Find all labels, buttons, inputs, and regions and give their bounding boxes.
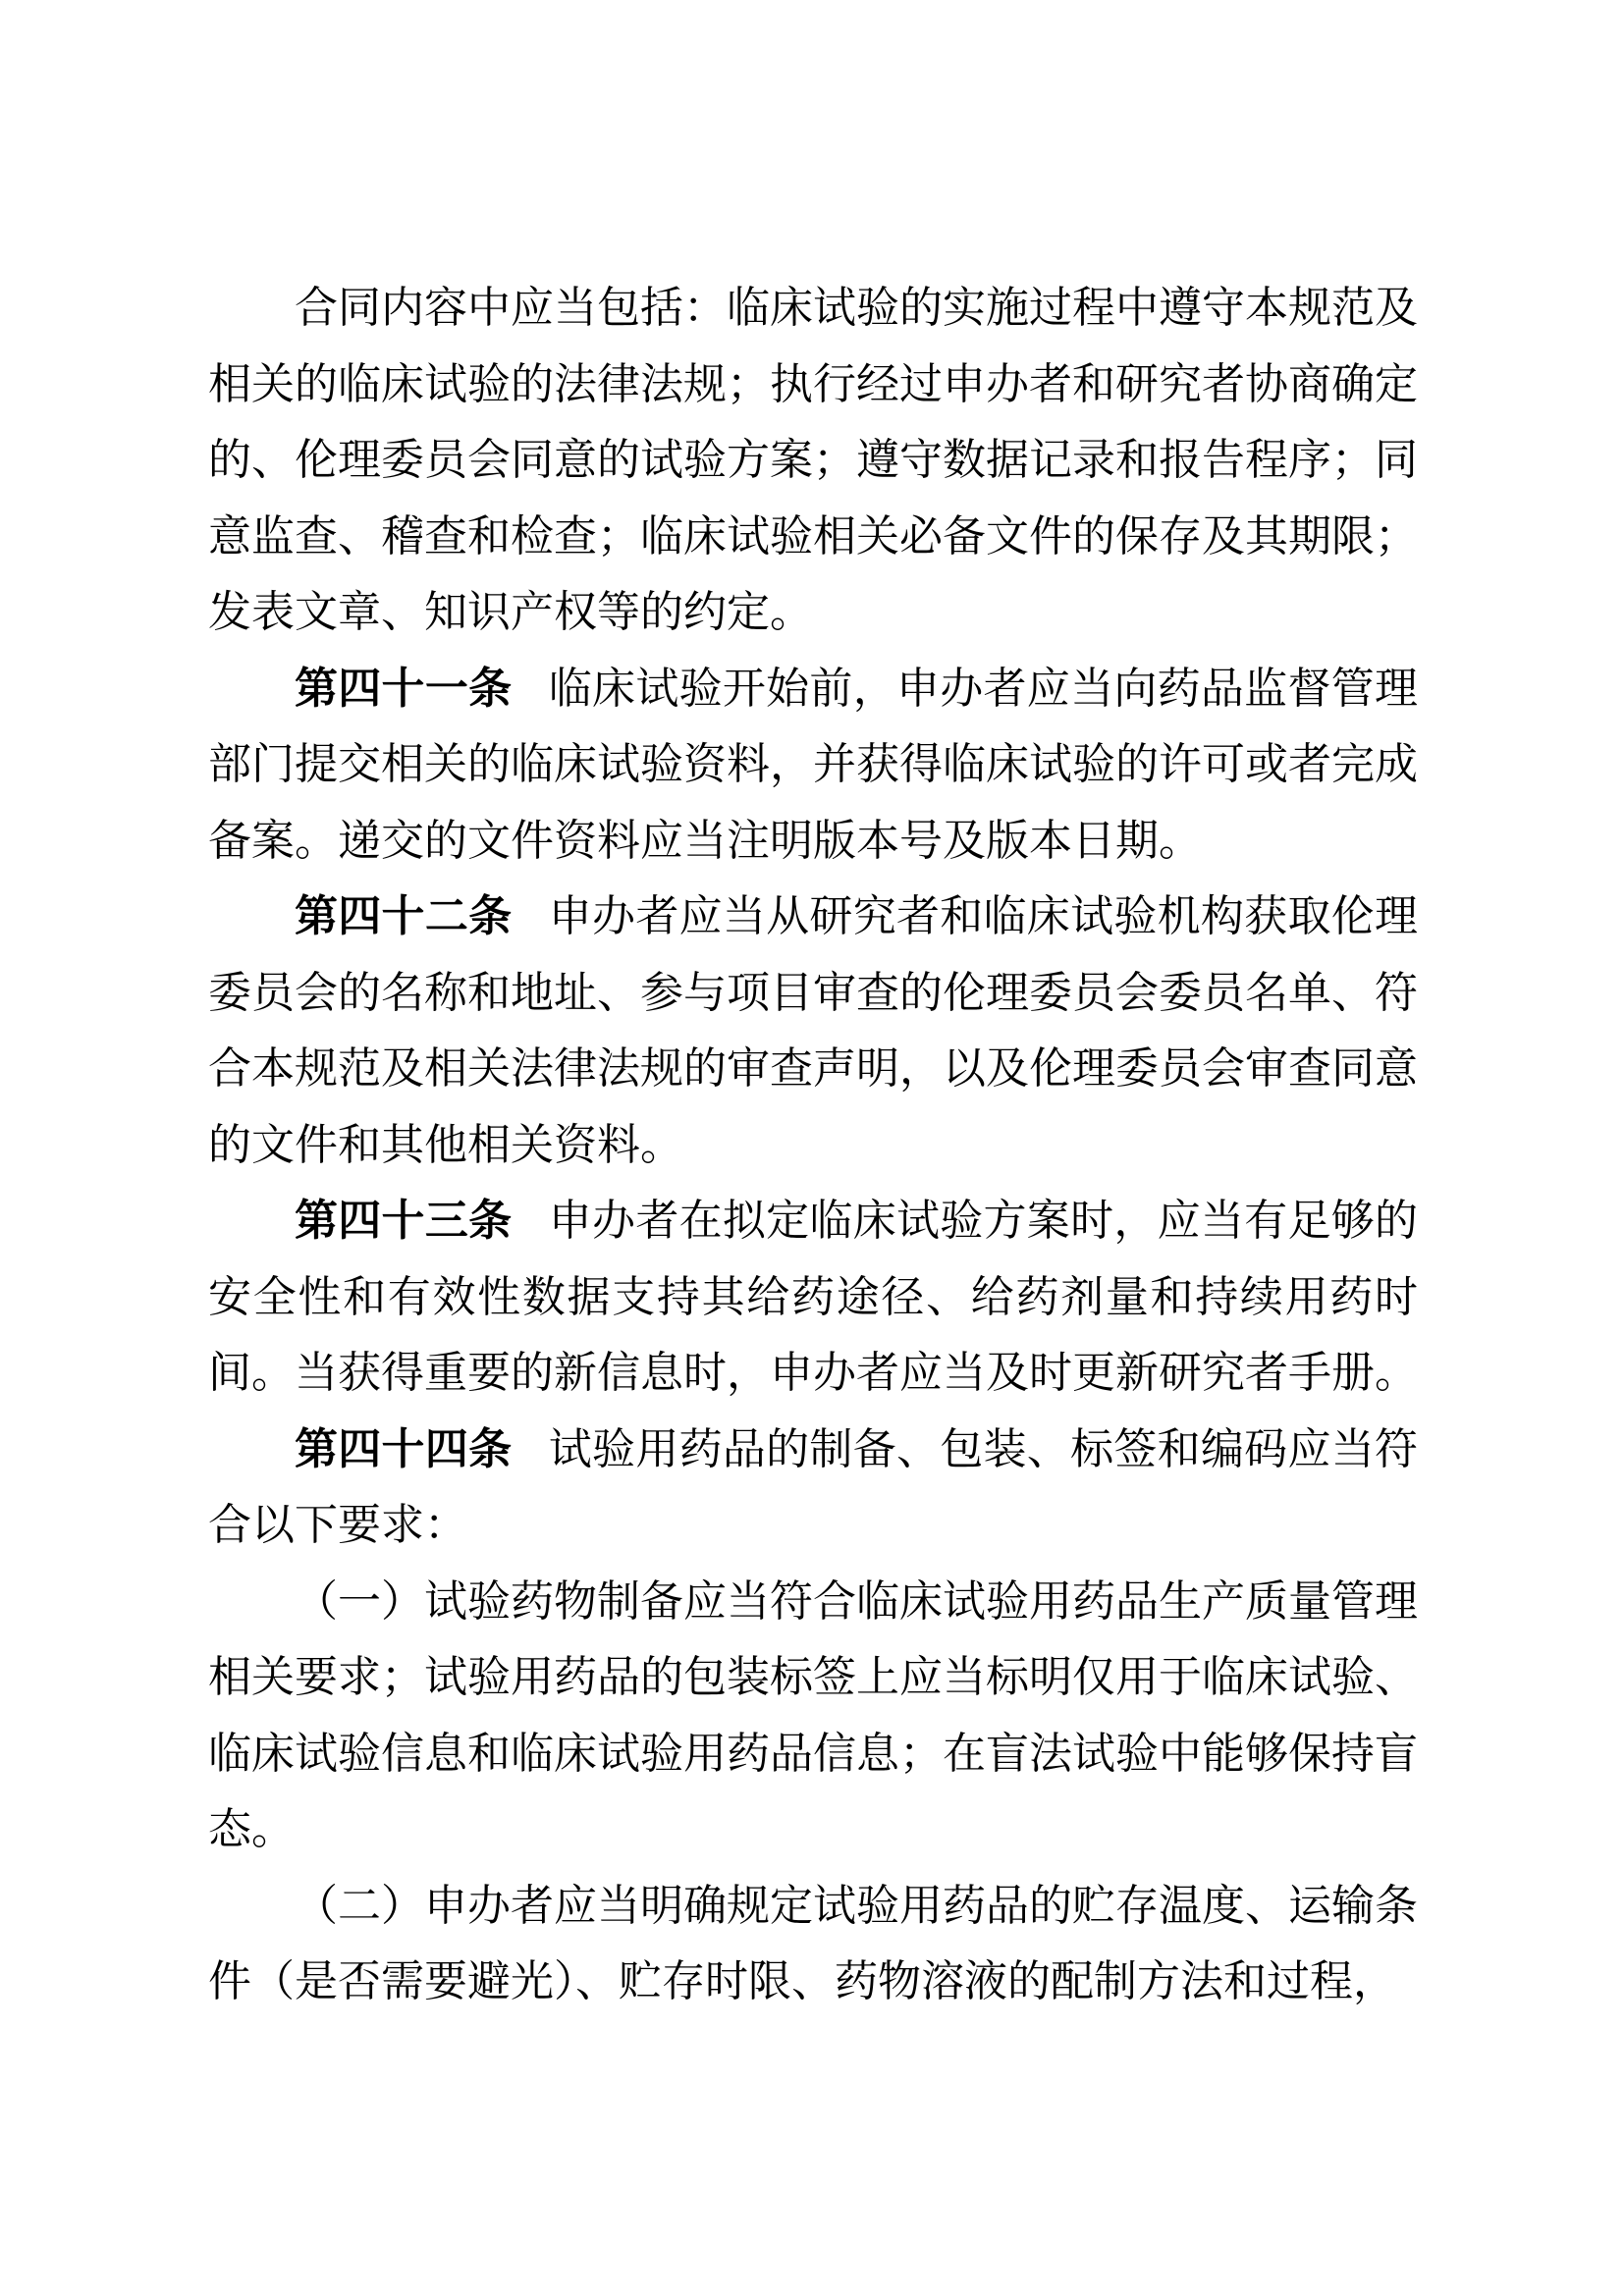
paragraph: 第四十四条试验用药品的制备、包装、标签和编码应当符合以下要求： <box>208 1412 1418 1564</box>
paragraph: 第四十一条临床试验开始前，申办者应当向药品监督管理部门提交相关的临床试验资料，并… <box>208 651 1418 880</box>
paragraph-text: （一）试验药物制备应当符合临床试验用药品生产质量管理相关要求；试验用药品的包装标… <box>208 1577 1418 1854</box>
paragraph: 第四十三条申办者在拟定临床试验方案时，应当有足够的安全性和有效性数据支持其给药途… <box>208 1183 1418 1412</box>
article-number-heading: 第四十二条 <box>295 892 512 940</box>
paragraph: 合同内容中应当包括：临床试验的实施过程中遵守本规范及相关的临床试验的法律法规；执… <box>208 270 1418 651</box>
paragraph: （一）试验药物制备应当符合临床试验用药品生产质量管理相关要求；试验用药品的包装标… <box>208 1564 1418 1868</box>
paragraph: 第四十二条申办者应当从研究者和临床试验机构获取伦理委员会的名称和地址、参与项目审… <box>208 879 1418 1183</box>
paragraph: （二）申办者应当明确规定试验用药品的贮存温度、运输条件（是否需要避光）、贮存时限… <box>208 1868 1418 2020</box>
document-text-block: 合同内容中应当包括：临床试验的实施过程中遵守本规范及相关的临床试验的法律法规；执… <box>208 270 1418 2020</box>
article-number-heading: 第四十三条 <box>295 1197 512 1245</box>
paragraph-text: （二）申办者应当明确规定试验用药品的贮存温度、运输条件（是否需要避光）、贮存时限… <box>208 1882 1418 2006</box>
paragraph-text: 合同内容中应当包括：临床试验的实施过程中遵守本规范及相关的临床试验的法律法规；执… <box>208 284 1418 636</box>
article-number-heading: 第四十四条 <box>295 1425 512 1473</box>
document-page: 合同内容中应当包括：临床试验的实施过程中遵守本规范及相关的临床试验的法律法规；执… <box>0 0 1624 2296</box>
article-number-heading: 第四十一条 <box>295 665 512 713</box>
